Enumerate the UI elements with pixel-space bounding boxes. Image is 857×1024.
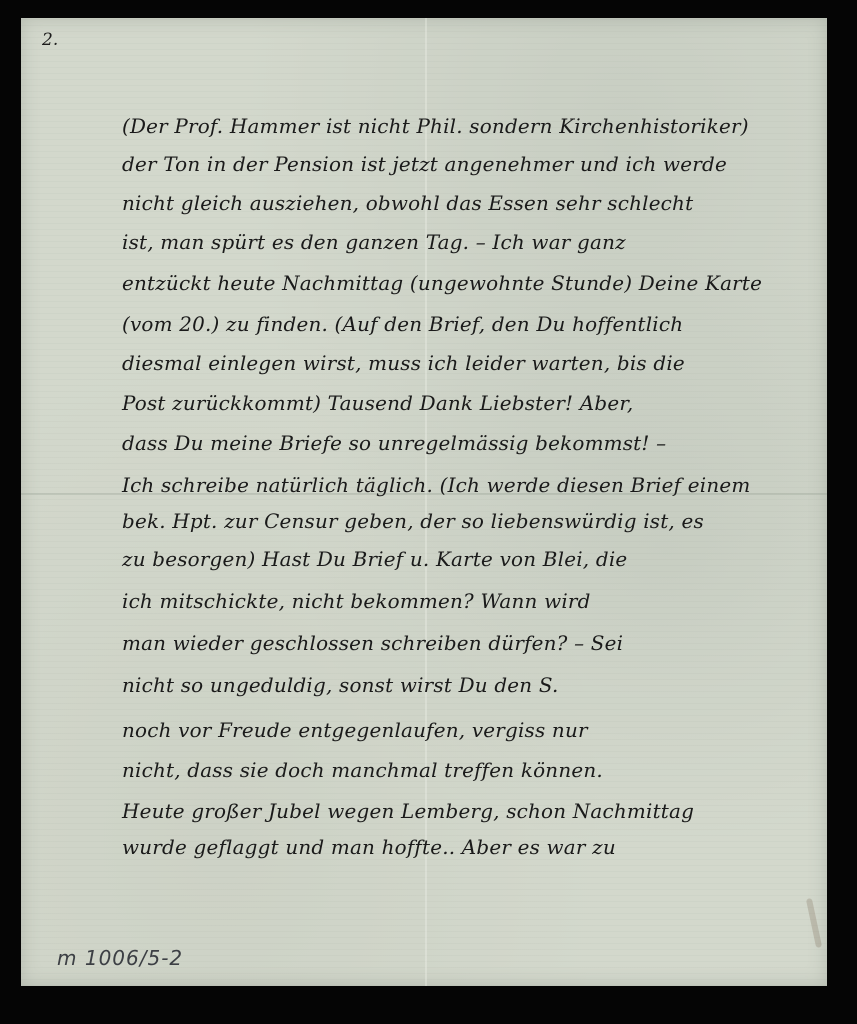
- handwritten-line-7: diesmal einlegen wirst, muss ich leider …: [122, 352, 837, 376]
- handwritten-line-8: Post zurückkommt) Tausend Dank Liebster!…: [122, 392, 837, 416]
- handwritten-line-1: (Der Prof. Hammer ist nicht Phil. sonder…: [122, 115, 837, 139]
- handwritten-line-2: der Ton in der Pension ist jetzt angeneh…: [122, 153, 837, 177]
- handwritten-line-10: Ich schreibe natürlich täglich. (Ich wer…: [122, 474, 837, 498]
- handwritten-line-5: entzückt heute Nachmittag (ungewohnte St…: [122, 272, 837, 296]
- archive-shelfmark: m 1006/5-2: [57, 946, 183, 970]
- handwritten-line-17: nicht, dass sie doch manchmal treffen kö…: [122, 759, 837, 783]
- handwritten-line-15: nicht so ungeduldig, sonst wirst Du den …: [122, 674, 837, 698]
- handwritten-line-18: Heute großer Jubel wegen Lemberg, schon …: [122, 800, 837, 824]
- handwritten-line-3: nicht gleich ausziehen, obwohl das Essen…: [122, 192, 837, 216]
- handwritten-line-19: wurde geflaggt und man hoffte.. Aber es …: [122, 836, 837, 860]
- handwritten-line-4: ist, man spürt es den ganzen Tag. – Ich …: [122, 231, 837, 255]
- handwritten-line-14: man wieder geschlossen schreiben dürfen?…: [122, 632, 837, 656]
- letter-page: 2. (Der Prof. Hammer ist nicht Phil. son…: [21, 18, 827, 986]
- handwritten-line-16: noch vor Freude entgegenlaufen, vergiss …: [122, 719, 837, 743]
- handwritten-line-6: (vom 20.) zu finden. (Auf den Brief, den…: [122, 313, 837, 337]
- page-number: 2.: [42, 30, 58, 50]
- handwritten-line-12: zu besorgen) Hast Du Brief u. Karte von …: [122, 548, 837, 572]
- handwritten-line-11: bek. Hpt. zur Censur geben, der so liebe…: [122, 510, 837, 534]
- handwritten-line-13: ich mitschickte, nicht bekommen? Wann wi…: [122, 590, 837, 614]
- paper-stain: [806, 898, 822, 948]
- handwritten-line-9: dass Du meine Briefe so unregelmässig be…: [122, 432, 837, 456]
